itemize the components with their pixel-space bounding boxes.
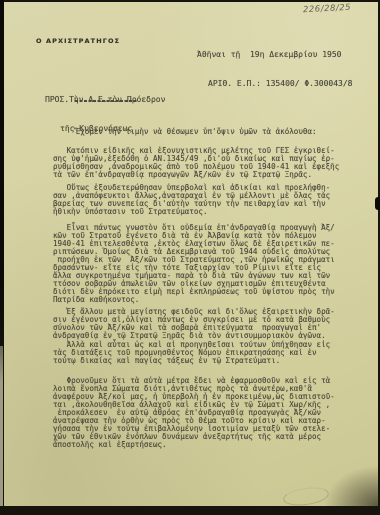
- scan-edge-left: [0, 0, 4, 515]
- body-paragraph: Ἐξ ἄλλου μετὰ μεγίστης φειδοῦς καὶ δι'ὅλ…: [53, 308, 355, 340]
- letter-body: Ἔχομεν τὴν τιμὴν νὰ θέσωμεν ὑπ'ὄψιν ὑμῶν…: [53, 128, 355, 449]
- salutation-line: Ἔχομεν τὴν τιμὴν νὰ θέσωμεν ὑπ'ὄψιν ὑμῶν…: [53, 128, 355, 136]
- body-paragraph: Κατόπιν εἰδικῆς καὶ ἐξονυχιστικῆς μελέτη…: [53, 147, 355, 179]
- protocol-number-line: ΑΡΙΘ. Ε.Π.: 135400/ Φ.300043/8: [208, 79, 353, 88]
- body-paragraph: Ἀλλὰ καὶ αὗται ὡς καὶ αἱ προηγηθεῖσαι το…: [53, 341, 355, 365]
- body-paragraph: Φρονοῦμεν ὅτι τὰ αὐτὰ μέτρα ἔδει νὰ ἐφαρ…: [53, 377, 355, 449]
- date-line: Ἀθῆναι τῇ 19η Δεκεμβρίου 1950: [197, 50, 342, 59]
- body-paragraph: Οὕτως ἐξουδετερώθησαν ὑπερβολαὶ καὶ ἀδικ…: [53, 184, 355, 216]
- sender-letterhead: Ο ΑΡΧΙΣΤΡΑΤΗΓΟΣ: [36, 37, 120, 45]
- scan-edge-notch: [375, 197, 380, 210]
- scanned-document: 226/28/25 Ο ΑΡΧΙΣΤΡΑΤΗΓΟΣ Ἀθῆναι τῇ 19η …: [0, 0, 380, 515]
- recipient-underline: [75, 100, 137, 102]
- body-paragraph: Εἶναι πάντως γνωστὸν ὅτι οὐδεμία ἐπ'ἀνδρ…: [53, 224, 355, 304]
- scan-corner-shadow: [322, 464, 378, 506]
